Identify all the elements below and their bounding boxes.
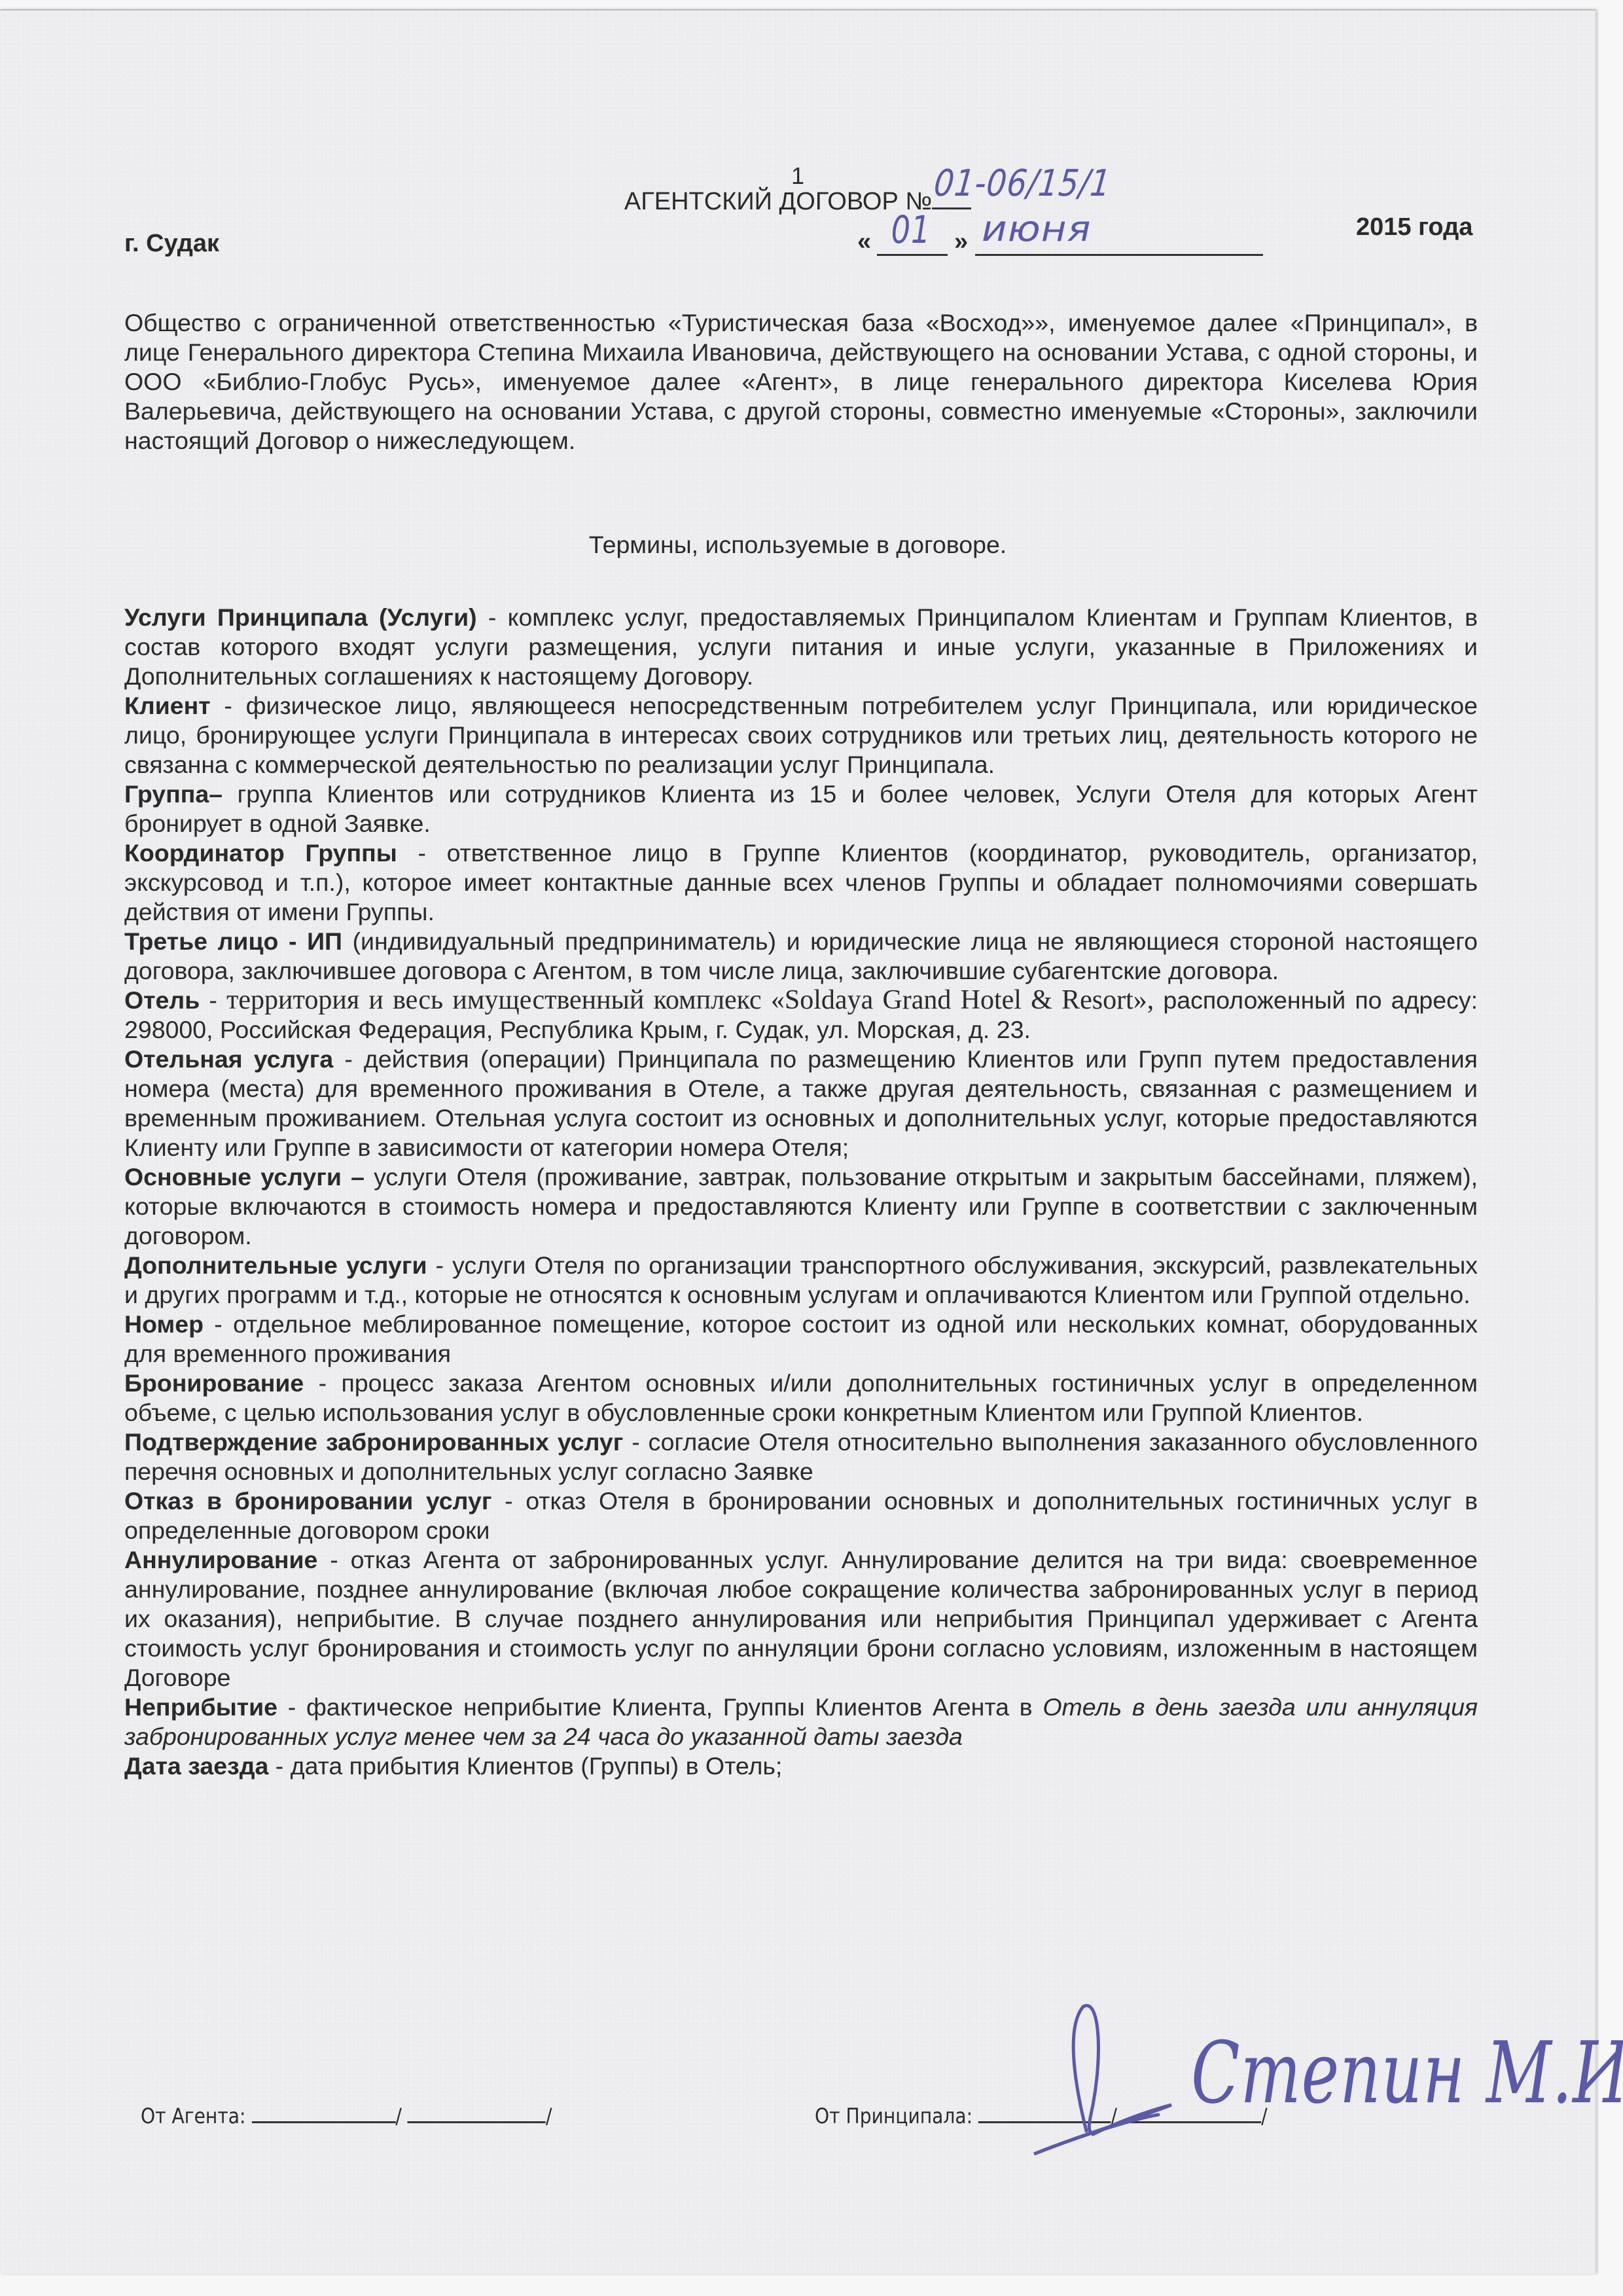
definition-separator: -	[477, 603, 508, 631]
definition-item: Группа– группа Клиентов или сотрудников …	[124, 780, 1478, 838]
definition-separator: -	[427, 1251, 453, 1279]
definition-item: Основные услуги – услуги Отеля (проживан…	[124, 1162, 1478, 1251]
document-title: АГЕНТСКИЙ ДОГОВОР №01-06/15/1	[0, 184, 1596, 216]
definition-text: дата прибытия Клиентов (Группы) в Отель;	[291, 1752, 783, 1780]
definition-term: Отельная услуга	[124, 1045, 333, 1073]
day-handwritten: 01	[891, 207, 931, 252]
month-handwritten: июня	[982, 208, 1092, 249]
definition-item: Третье лицо - ИП (индивидуальный предпри…	[124, 927, 1478, 986]
day-underline	[877, 254, 948, 256]
slash: /	[546, 2104, 552, 2128]
definition-item: Бронирование - процесс заказа Агентом ос…	[124, 1369, 1478, 1427]
definition-item: Аннулирование - отказ Агента от забронир…	[124, 1545, 1478, 1693]
slash: /	[395, 2104, 401, 2128]
date-open-quote: «	[857, 228, 871, 256]
year-label: 2015 года	[1356, 213, 1472, 242]
definition-term: Бронирование	[124, 1369, 304, 1397]
definition-text-serif: территория и весь имущественный комплекс…	[226, 985, 1154, 1015]
definition-term: Клиент	[124, 692, 211, 719]
definition-separator: -	[204, 1310, 233, 1338]
terms-heading: Термины, используемые в договоре.	[0, 531, 1596, 559]
definition-separator: -	[397, 839, 447, 867]
document-page: 1 АГЕНТСКИЙ ДОГОВОР №01-06/15/1 г. Судак…	[0, 9, 1596, 2274]
definition-term: Аннулирование	[124, 1546, 317, 1573]
date-field: « 01 » июня	[857, 204, 1289, 256]
definition-item: Подтверждение забронированных услуг - со…	[124, 1427, 1478, 1486]
definition-item: Услуги Принципала (Услуги) - комплекс ус…	[124, 603, 1478, 691]
definition-item: Отельная услуга - действия (операции) Пр…	[124, 1045, 1478, 1162]
definition-term: Неприбытие	[124, 1693, 277, 1721]
definition-separator: -	[491, 1487, 526, 1515]
definition-separator: -	[333, 1045, 364, 1073]
definition-separator: -	[268, 1752, 290, 1780]
definition-separator	[365, 1163, 374, 1191]
definition-term: Отказ в бронировании услуг	[124, 1487, 491, 1515]
definition-term: Группа–	[124, 780, 223, 808]
definition-text: фактическое неприбытие Клиента, Группы К…	[306, 1693, 1043, 1721]
definition-term: Услуги Принципала (Услуги)	[124, 603, 477, 631]
definition-term: Отель	[124, 986, 200, 1014]
agent-signature-block: От Агента: / /	[141, 2102, 552, 2128]
month-underline	[975, 254, 1263, 256]
definition-term: Номер	[124, 1310, 204, 1338]
definition-term: Основные услуги –	[124, 1163, 365, 1191]
definition-term: Дополнительные услуги	[124, 1251, 427, 1279]
agent-signature-line[interactable]	[251, 2102, 395, 2123]
agent-label: От Агента:	[141, 2104, 245, 2128]
definition-item: Клиент - физическое лицо, являющееся неп…	[124, 691, 1478, 780]
definition-term: Координатор Группы	[124, 839, 397, 867]
definition-term: Дата заезда	[124, 1752, 268, 1780]
contract-number-handwritten: 01-06/15/1	[932, 162, 1113, 205]
principal-signature-handwritten: Степин М.И.	[1191, 2023, 1623, 2123]
definitions-list: Услуги Принципала (Услуги) - комплекс ус…	[124, 603, 1478, 1781]
definition-item: Неприбытие - фактическое неприбытие Клие…	[124, 1693, 1478, 1751]
definition-item: Координатор Группы - ответственное лицо …	[124, 838, 1478, 927]
definition-text: физическое лицо, являющееся непосредстве…	[124, 692, 1478, 778]
definition-separator: -	[211, 692, 246, 719]
definition-term: Третье лицо - ИП	[124, 927, 342, 955]
definition-separator: -	[200, 986, 226, 1014]
definition-separator: -	[304, 1369, 341, 1397]
preamble-paragraph: Общество с ограниченной ответственностью…	[124, 308, 1478, 456]
definition-term: Подтверждение забронированных услуг	[124, 1428, 623, 1456]
definition-item: Номер - отдельное меблированное помещени…	[124, 1310, 1478, 1369]
agent-name-line[interactable]	[408, 2102, 546, 2123]
definition-text: группа Клиентов или сотрудников Клиента …	[124, 780, 1478, 837]
definition-separator: -	[277, 1693, 306, 1721]
principal-label: От Принципала:	[815, 2104, 972, 2128]
definition-separator	[342, 927, 353, 955]
definition-item: Отель - территория и весь имущественный …	[124, 986, 1478, 1045]
city-label: г. Судак	[124, 230, 219, 258]
definition-separator: -	[623, 1428, 648, 1456]
definition-item: Дата заезда - дата прибытия Клиентов (Гр…	[124, 1751, 1478, 1781]
definition-separator	[223, 780, 237, 808]
definition-item: Дополнительные услуги - услуги Отеля по …	[124, 1251, 1478, 1310]
definition-item: Отказ в бронировании услуг - отказ Отеля…	[124, 1486, 1478, 1545]
date-close-quote: »	[954, 228, 968, 256]
definition-separator: -	[317, 1546, 350, 1573]
definition-text: отдельное меблированное помещение, котор…	[124, 1310, 1478, 1367]
